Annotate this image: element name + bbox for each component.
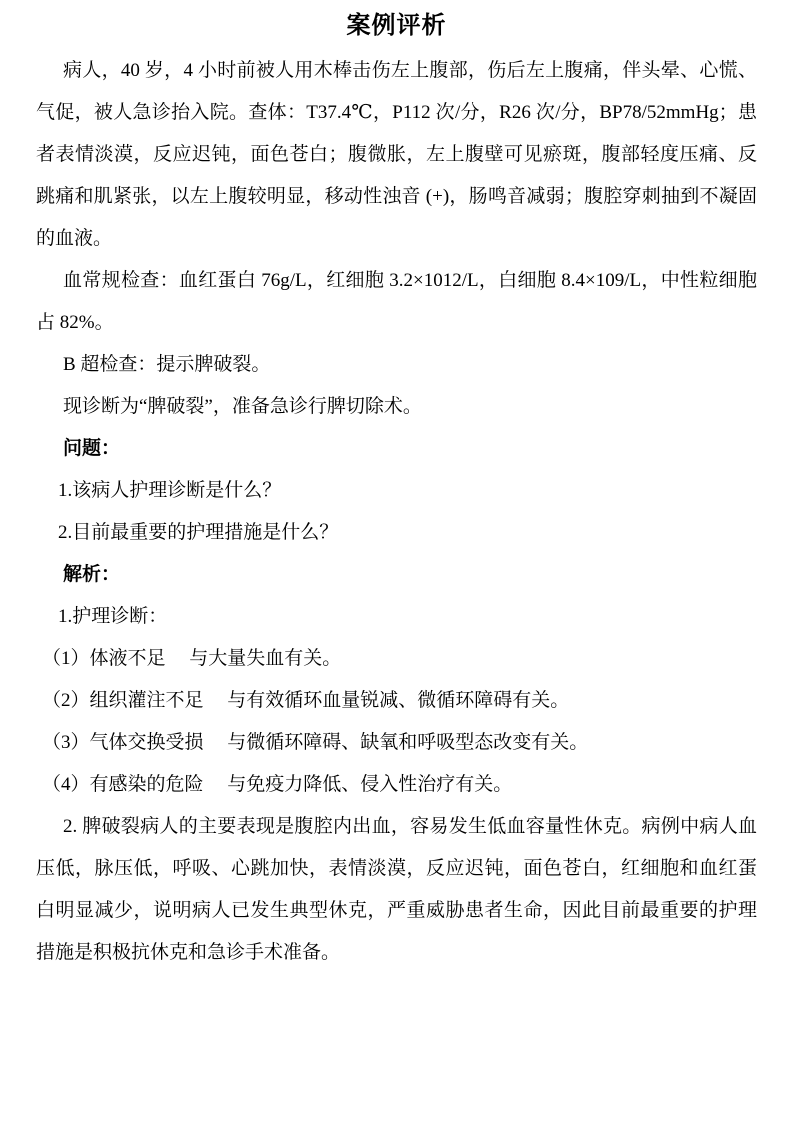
question-item-1: 1.该病人护理诊断是什么？ bbox=[36, 470, 757, 512]
question-item-2: 2.目前最重要的护理措施是什么？ bbox=[36, 512, 757, 554]
nursing-measures-paragraph: 2. 脾破裂病人的主要表现是腹腔内出血，容易发生低血容量性休克。病例中病人血压低… bbox=[36, 806, 757, 974]
analysis-heading: 解析： bbox=[36, 554, 757, 596]
blood-test-paragraph: 血常规检查：血红蛋白 76g/L，红细胞 3.2×1012/L，白细胞 8.4×… bbox=[36, 260, 757, 344]
nursing-diagnosis-item-3: （3）气体交换受损 与微循环障碍、缺氧和呼吸型态改变有关。 bbox=[36, 722, 757, 764]
nursing-diagnosis-title: 1.护理诊断： bbox=[36, 596, 757, 638]
diagnosis-paragraph: 现诊断为“脾破裂”，准备急诊行脾切除术。 bbox=[36, 386, 757, 428]
nursing-diagnosis-item-2: （2）组织灌注不足 与有效循环血量锐减、微循环障碍有关。 bbox=[36, 680, 757, 722]
page-title: 案例评析 bbox=[36, 4, 757, 48]
document-page: 案例评析 病人，40 岁，4 小时前被人用木棒击伤左上腹部，伤后左上腹痛，伴头晕… bbox=[0, 0, 793, 1122]
nursing-diagnosis-item-1: （1）体液不足 与大量失血有关。 bbox=[36, 638, 757, 680]
nursing-diagnosis-item-4: （4）有感染的危险 与免疫力降低、侵入性治疗有关。 bbox=[36, 764, 757, 806]
ultrasound-paragraph: B 超检查：提示脾破裂。 bbox=[36, 344, 757, 386]
case-description-paragraph: 病人，40 岁，4 小时前被人用木棒击伤左上腹部，伤后左上腹痛，伴头晕、心慌、气… bbox=[36, 50, 757, 260]
questions-heading: 问题： bbox=[36, 428, 757, 470]
